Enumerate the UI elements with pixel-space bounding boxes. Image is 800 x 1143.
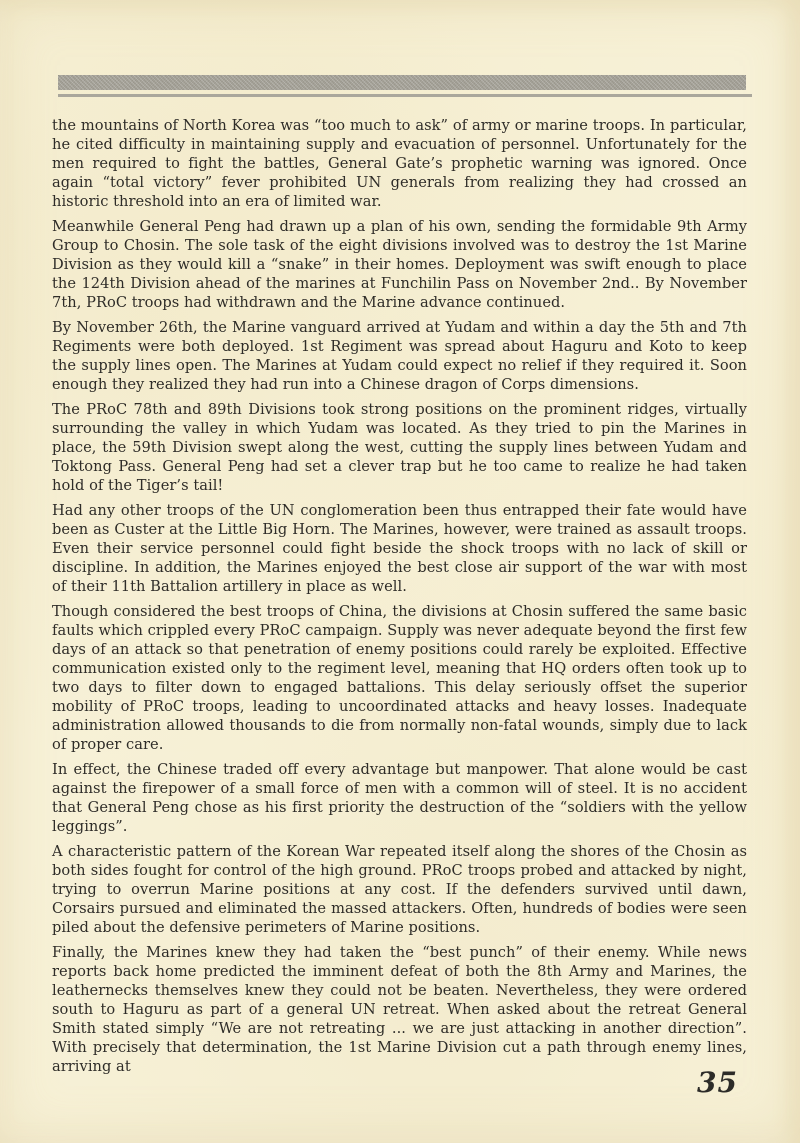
body-paragraph: The PRoC 78th and 89th Divisions took st… (52, 400, 747, 495)
scanned-page: the mountains of North Korea was “too mu… (0, 0, 800, 1143)
body-paragraph: A characteristic pattern of the Korean W… (52, 842, 747, 937)
body-paragraph: Meanwhile General Peng had drawn up a pl… (52, 217, 747, 312)
header-rule-thick (58, 75, 746, 90)
body-paragraph: In effect, the Chinese traded off every … (52, 760, 747, 836)
header-rule-thin (58, 94, 752, 97)
body-paragraph: By November 26th, the Marine vanguard ar… (52, 318, 747, 394)
body-paragraph: Had any other troops of the UN conglomer… (52, 501, 747, 596)
body-paragraph: Finally, the Marines knew they had taken… (52, 943, 747, 1076)
body-text: the mountains of North Korea was “too mu… (52, 116, 747, 1082)
body-paragraph: Though considered the best troops of Chi… (52, 602, 747, 754)
page-number: 35 (697, 1066, 738, 1099)
body-paragraph: the mountains of North Korea was “too mu… (52, 116, 747, 211)
